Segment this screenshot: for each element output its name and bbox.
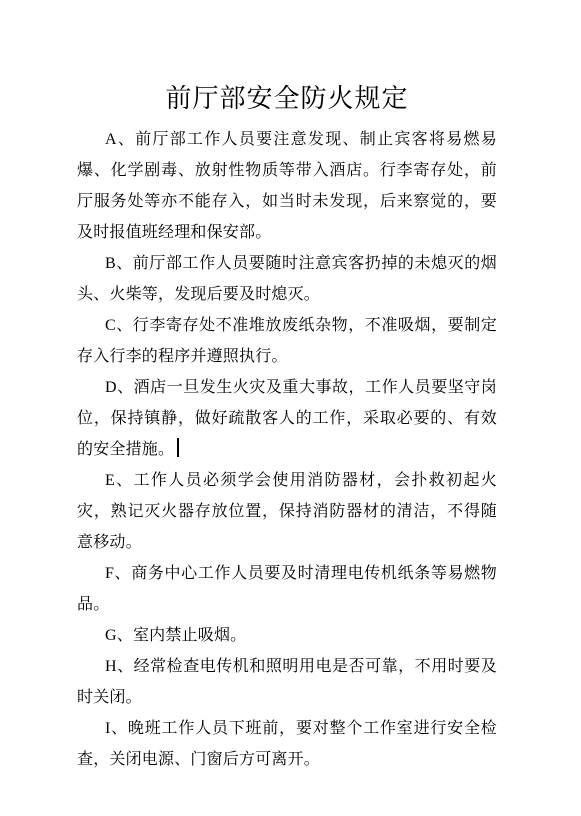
paragraph-i-text: I、晚班工作人员下班前，要对整个工作室进行安全检查，关闭电源、门窗后方可离开。 xyxy=(77,720,497,768)
paragraph-i[interactable]: I、晚班工作人员下班前，要对整个工作室进行安全检查，关闭电源、门窗后方可离开。 xyxy=(77,713,497,775)
paragraph-b-text: B、前厅部工作人员要随时注意宾客扔掉的未熄灭的烟头、火柴等，发现后要及时熄灭。 xyxy=(77,255,497,303)
paragraph-f[interactable]: F、商务中心工作人员要及时清理电传机纸条等易燃物品。 xyxy=(77,558,497,620)
text-cursor xyxy=(177,438,179,457)
paragraph-b[interactable]: B、前厅部工作人员要随时注意宾客扔掉的未熄灭的烟头、火柴等，发现后要及时熄灭。 xyxy=(77,248,497,310)
document-edit-area[interactable]: 前厅部安全防火规定 A、前厅部工作人员要注意发现、制止宾客将易燃易爆、化学剧毒、… xyxy=(0,0,581,816)
paragraph-g[interactable]: G、室内禁止吸烟。 xyxy=(77,620,497,651)
paragraph-c-text: C、行李寄存处不准堆放废纸杂物，不准吸烟，要制定存入行李的程序并遵照执行。 xyxy=(77,317,497,365)
paragraph-e-text: E、工作人员必须学会使用消防器材，会扑救初起火灾，熟记灭火器存放位置，保持消防器… xyxy=(77,472,497,551)
paragraph-h[interactable]: H、经常检查电传机和照明用电是否可靠，不用时要及时关闭。 xyxy=(77,651,497,713)
paragraph-g-text: G、室内禁止吸烟。 xyxy=(105,627,246,644)
paragraph-f-text: F、商务中心工作人员要及时清理电传机纸条等易燃物品。 xyxy=(77,565,497,613)
paragraph-d[interactable]: D、酒店一旦发生火灾及重大事故，工作人员要坚守岗位，保持镇静，做好疏散客人的工作… xyxy=(77,372,497,465)
paragraph-a[interactable]: A、前厅部工作人员要注意发现、制止宾客将易燃易爆、化学剧毒、放射性物质等带入酒店… xyxy=(77,124,497,248)
document-page: 前厅部安全防火规定 A、前厅部工作人员要注意发现、制止宾客将易燃易爆、化学剧毒、… xyxy=(0,0,581,816)
paragraph-c[interactable]: C、行李寄存处不准堆放废纸杂物，不准吸烟，要制定存入行李的程序并遵照执行。 xyxy=(77,310,497,372)
paragraph-a-text: A、前厅部工作人员要注意发现、制止宾客将易燃易爆、化学剧毒、放射性物质等带入酒店… xyxy=(77,131,497,241)
paragraph-e[interactable]: E、工作人员必须学会使用消防器材，会扑救初起火灾，熟记灭火器存放位置，保持消防器… xyxy=(77,465,497,558)
paragraph-h-text: H、经常检查电传机和照明用电是否可靠，不用时要及时关闭。 xyxy=(77,658,497,706)
document-title: 前厅部安全防火规定 xyxy=(77,81,497,117)
paragraph-d-text: D、酒店一旦发生火灾及重大事故，工作人员要坚守岗位，保持镇静，做好疏散客人的工作… xyxy=(77,379,497,458)
